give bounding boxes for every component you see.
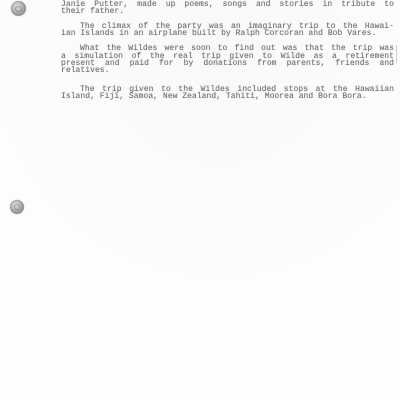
paragraph-3: What the Wildes were soon to find out wa… bbox=[61, 45, 394, 74]
page-fastener-middle bbox=[10, 200, 24, 214]
text-line: their father. bbox=[61, 8, 394, 15]
paragraph-1: Janie Putter, made up poems, songs and s… bbox=[61, 0, 394, 16]
text-line: Island, Fiji, Samoa, New Zealand, Tahiti… bbox=[61, 93, 394, 100]
text-line: present and paid for by donations from p… bbox=[61, 60, 394, 67]
page-fastener-top bbox=[11, 1, 26, 16]
paragraph-2: The climax of the party was an imaginary… bbox=[61, 23, 394, 38]
scanned-page: Janie Putter, made up poems, songs and s… bbox=[0, 0, 400, 400]
scan-edge-artifact bbox=[396, 45, 397, 63]
typewritten-text-block: Janie Putter, made up poems, songs and s… bbox=[61, 0, 394, 100]
text-line: relatives. bbox=[61, 67, 394, 74]
text-line: ian Islands in an airplane built by Ralp… bbox=[61, 30, 394, 37]
paragraph-4: The trip given to the Wildes included st… bbox=[61, 86, 394, 101]
